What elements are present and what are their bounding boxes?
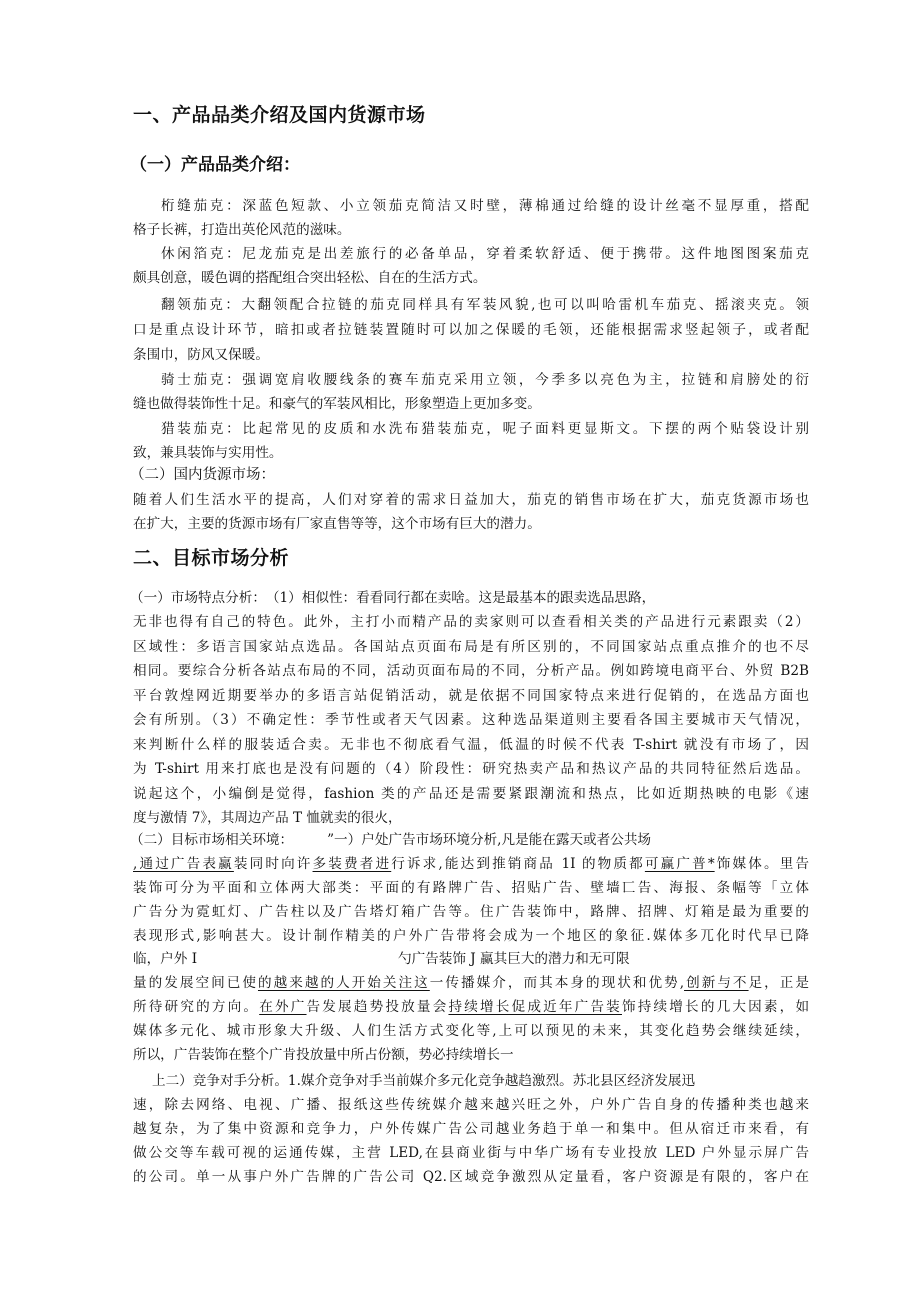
paragraph-line: 度与激情 7》，其周边产品 T 恤就卖的很火， [133,808,809,828]
paragraph-line: 致，兼具装饰与实用性。 [133,443,809,463]
text-run: 行诉求,能达到推销商品 1I 的物质都 [391,856,645,872]
paragraph-line: 休闲箔克：尼龙茄克是出差旅行的必备单品，穿着柔软舒适、便于携带。这件地图图案茄克 [133,244,809,264]
paragraph-line: 随着人们生活水平的提高，人们对穿着的需求日益加大，茄克的销售市场在扩大，茄克货源… [133,490,809,510]
paragraph-line: 装饰可分为平面和立体两大部类：平面的有路牌广告、招贴广告、壁墙匸告、海报、条幅等… [133,878,809,898]
section-2-heading: 二、目标市场分析 [133,543,289,570]
paragraph-line: 会有所别。（3）不确定性：季节性或者天气因素。这种选品渠道则主要看各国主要城市天… [133,710,809,730]
paragraph-line: 区域性：多语言国家站点选品。各国站点页面布局是有所区别的，不同国家站点重点推介的… [133,637,809,657]
paragraph-line: 来判断什么样的服装适合卖。无非也不彻底看气温，低温的时候不代表 T-shirt … [133,735,809,755]
paragraph-line: 颇具创意，暖色调的搭配组合突出轻松、自在的生活方式。 [133,268,809,288]
text-run: 的越来越的人开始关注这 [258,975,430,991]
paragraph-line: 所以，广告装饰在整个广肯投放量中所占份额，势必持续增长一 [133,1045,809,1065]
paragraph-line: 猎装茄克：比起常见的皮质和水洗布猎装茄克，呢子面料更显斯文。下摆的两个贴袋设计别 [133,419,809,439]
paragraph-line: 做公交等车载可视的运通传媒，主营 LED,在县商业街与中华广场有专业投放 LED… [133,1143,809,1163]
text-run: 饰持续增长的几大因素，如 [622,999,809,1015]
paragraph-line: 骑士茄克：强调宽肩收腰线条的赛车茄克采用立领，今季多以亮色为主，拉链和肩膀处的衍 [133,370,809,390]
paragraph-line: 媒体多元化、城市形象大升级、人们生活方式变化等,上可以预见的未来，其变化趋势会继… [133,1021,809,1041]
section-1-2-heading: （二）国内货源市场： [130,465,806,485]
text-run: 在外广 [259,999,306,1015]
paragraph-line: 的公司。单一从事户外广告牌的广告公司 Q2.区域竞争激烈从定量看，客户资源是有限… [133,1167,809,1187]
paragraph-line-fragment: 勺广告装饰 J 赢其巨大的潜力和无可限 [398,949,630,969]
paragraph-line: 速，除去网络、电视、广播、报纸这些传统媒介越来越兴旺之外，户外广告自身的传播种类… [133,1095,809,1115]
paragraph-line: 表现形式,影响甚大。设计制作精美的户外广告带将会成为一个地区的象征.媒体多兀化时… [133,926,809,946]
text-run: 饰媒体。里告 [715,856,809,872]
text-run: ,通过广告表赢 [133,856,234,872]
text-run: 持续增长促成近年广告装 [448,999,622,1015]
paragraph-line: 条围巾，防风又保暖。 [133,345,809,365]
paragraph-line: （二）目标市场相关环境： ”一）户处广告市场环境分析,凡是能在露天或者公共场 [130,830,806,850]
paragraph-line: 缝也做得装饰性十足。和豪气的军装风相比，形象塑造上更加多变。 [133,394,809,414]
paragraph-line-underlined: 所待研究的方向。在外广告发展趋势投放量会持续增长促成近年广告装饰持续增长的几大因… [133,997,809,1017]
text-run: 创新与不 [684,975,749,991]
paragraph-line: 格子长裤，打造出英伦风范的滋味。 [133,220,809,240]
paragraph-line: 翻领茄克：大翻领配合拉链的茄克同样具有军装风貌,也可以叫哈雷机车茄克、摇滚夹克。… [133,295,809,315]
paragraph-line: 上二）竞争对手分析。1.媒介竞争对手当前媒介多元化竞争越趋激烈。苏北县区经济发展… [152,1071,828,1091]
text-run: 量的发展空间已使 [133,975,258,991]
text-run: 告发展趋势投放量会 [307,999,449,1015]
section-1-1-heading: （一）产品品类介绍： [130,150,300,175]
paragraph-line: 广告分为霓虹灯、广告柱以及广告塔灯箱广告等。住广告装饰中，路牌、招牌、灯箱是最为… [133,902,809,922]
paragraph-line: 无非也得有自己的特色。此外，主打小而精产品的卖家则可以查看相关类的产品进行元素跟… [133,612,809,632]
paragraph-line-underlined: 量的发展空间已使的越来越的人开始关注这一传播媒介，而其本身的现状和优势,创新与不… [133,973,809,993]
paragraph-line: 桁缝茄克：深蓝色短款、小立领茄克简洁又时壁，薄棉通过给缝的设计丝毫不显厚重，搭配 [133,196,809,216]
document-page: 一、产品品类介绍及国内货源市场 （一）产品品类介绍： 桁缝茄克：深蓝色短款、小立… [0,0,920,1301]
paragraph-line: （一）市场特点分析： （1）相似性：看看同行都在卖啥。这是最基本的跟卖选品思路， [130,588,806,608]
paragraph-line: 说起这个，小编倒是觉得，fashion 类的产品还是需要紧跟潮流和热点，比如近期… [133,784,809,804]
paragraph-line: 在扩大，主要的货源市场有厂家直售等等，这个市场有巨大的潜力。 [133,514,809,534]
paragraph-line: 平台敦煌网近期要举办的多语言站促销活动，就是依据不同国家特点来进行促销的，在选品… [133,686,809,706]
paragraph-line: 为 T-shirt 用来打底也是没有问题的（4）阶段性：研究热卖产品和热议产品的… [133,759,809,779]
paragraph-line-underlined: ,通过广告表赢装同时向许多装费者进行诉求,能达到推销商品 1I 的物质都可赢广普… [133,854,809,874]
section-1-heading: 一、产品品类介绍及国内货源市场 [133,100,426,127]
text-run: 一传播媒介，而其本身的现状和优势, [430,975,684,991]
text-run: 足，正是 [749,975,809,991]
text-run: 可赢广普* [645,856,715,872]
paragraph-line: 相同。要综合分析各站点布局的不同，活动页面布局的不同，分析产品。例如跨境电商平台… [133,661,809,681]
text-run: 多装费者进 [313,856,392,872]
paragraph-line: 口是重点设计环节，暗扣或者拉链装置随时可以加之保暖的毛领，还能根据需求竖起领子，… [133,320,809,340]
paragraph-line: 越复杂，为了集中资源和竞争力，户外传媒广告公司越业务趋于单一和集中。但从宿迁市来… [133,1119,809,1139]
text-run: 装同时向许 [234,856,313,872]
text-run: 所待研究的方向。 [133,999,259,1015]
